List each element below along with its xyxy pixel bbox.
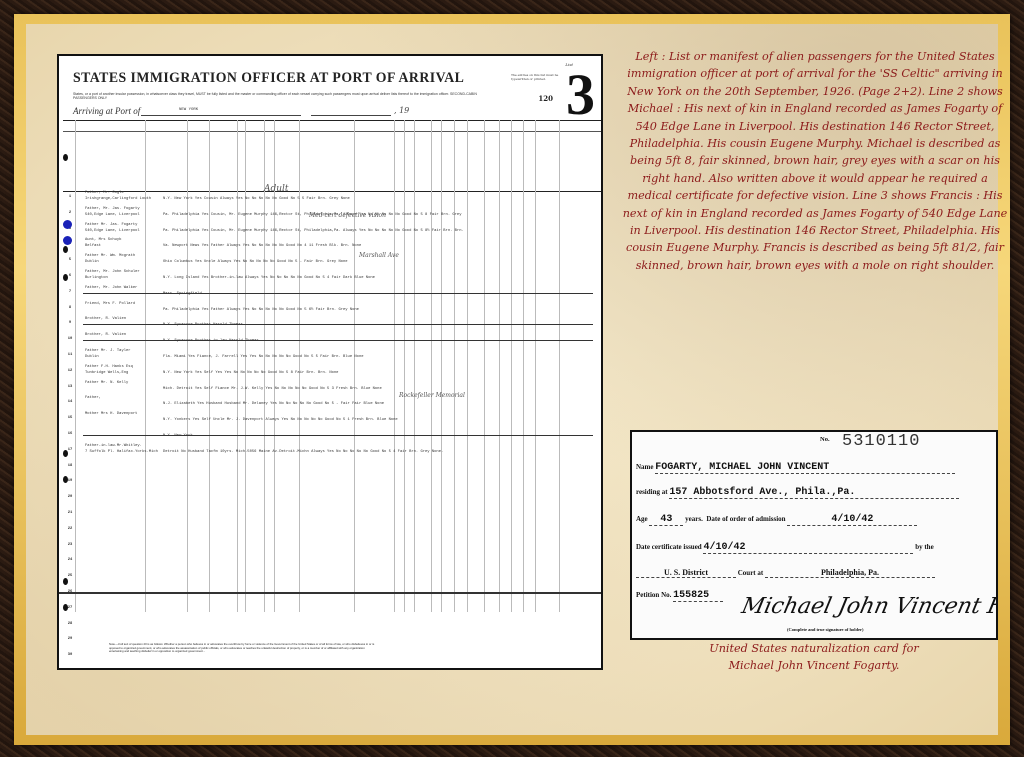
manifest-row: 15Mother Mrs H. DavenportN.Y. Yonkers Ye…: [63, 411, 597, 427]
card-no-value: 5310110: [842, 432, 920, 451]
blue-marker-dot-francis: [63, 236, 72, 245]
manifest-bottom-rule: [59, 592, 601, 594]
manifest-row: 14Father,N.J. Elizabeth Yes Husband Husb…: [63, 395, 597, 411]
card-issued-date: 4/10/42: [703, 542, 913, 554]
manifest-title: STATES IMMIGRATION OFFICER AT PORT OF AR…: [73, 70, 464, 87]
punch-hole: [63, 476, 68, 483]
passenger-manifest-image: STATES IMMIGRATION OFFICER AT PORT OF AR…: [57, 54, 603, 670]
card-name-value: FOGARTY, MICHAEL JOHN VINCENT: [655, 462, 955, 474]
manifest-row: 1Father, Mr. CogleIrishgrange,Carlingfor…: [63, 190, 597, 206]
page-number: 3: [566, 66, 595, 124]
card-age-field: Age 43 years. Date of order of admission…: [636, 514, 917, 526]
handwritten-annotation: Med cert defective vision: [309, 212, 386, 219]
handwritten-annotation: Marshall Ave: [359, 252, 399, 259]
card-caption: United States naturalization card for Mi…: [630, 640, 998, 674]
manifest-row: 6Father, Mr. John SchulerBurlingtonN.Y. …: [63, 269, 597, 285]
card-caption-line1: United States naturalization card for: [630, 640, 998, 657]
arriving-label: Arriving at Port of: [73, 106, 140, 116]
parchment-panel: STATES IMMIGRATION OFFICER AT PORT OF AR…: [26, 24, 998, 735]
punch-hole: [63, 246, 68, 253]
manifest-row: 13Father Mr. N. KellyMich. Detroit Yes S…: [63, 380, 597, 396]
card-court-field: U. S. District Court at Philadelphia, Pa…: [636, 568, 935, 578]
manifest-footnote: Note.—Full text of question 20 is as fol…: [109, 643, 379, 654]
punch-hole: [63, 154, 68, 161]
card-residence-value: 157 Abbotsford Ave., Phila.,Pa.: [669, 487, 959, 499]
card-court-location: Philadelphia, Pa.: [765, 568, 935, 578]
card-age-value: 43: [649, 514, 683, 526]
card-admission-date: 4/10/42: [787, 514, 917, 526]
manifest-row-empty: 20: [63, 490, 597, 506]
manifest-row-empty: 28: [63, 617, 597, 633]
manifest-row-empty: 22: [63, 522, 597, 538]
holder-signature: Michael John Vincent Fogarty: [739, 594, 998, 619]
manifest-row-empty: 18: [63, 459, 597, 475]
handwritten-annotation: Rockefeller Memorial: [399, 392, 465, 399]
manifest-row: 11Father Mr. J. TaylerDublinFla. Miami Y…: [63, 348, 597, 364]
handwritten-annotation: Adult: [264, 184, 289, 194]
manifest-row: 12Father F.H. Hanks EsqTunbridge Wells,E…: [63, 364, 597, 380]
manifest-row: 5Father Mr. Wm. McgrathDublinOhio Columb…: [63, 253, 597, 269]
manifest-row: 10Brother, R. ValienN.Y. Syracuse Brothe…: [63, 332, 597, 348]
manifest-row: 17Father-in-law.Mr.Whitley.7 Suffolk Pl.…: [63, 443, 597, 459]
list-note: The entries on this list must be typewri…: [511, 74, 571, 81]
punch-hole: [63, 604, 68, 611]
card-issued-field: Date certificate issued 4/10/42 by the: [636, 542, 934, 554]
card-court-value: U. S. District: [636, 568, 736, 578]
port-underline: [141, 115, 301, 116]
manifest-row-empty: 19: [63, 474, 597, 490]
gold-frame: STATES IMMIGRATION OFFICER AT PORT OF AR…: [14, 14, 1010, 745]
card-petition-value: 155825: [673, 590, 723, 602]
port-value: NEW YORK: [179, 108, 198, 112]
manifest-caption: Left : List or manifest of alien passeng…: [620, 48, 1010, 274]
naturalization-card-image: No. 5310110 Name FOGARTY, MICHAEL JOHN V…: [630, 430, 998, 640]
manifest-row-empty: 27: [63, 601, 597, 617]
date-underline: [311, 115, 391, 116]
card-residence-field: residing at 157 Abbotsford Ave., Phila.,…: [636, 487, 959, 499]
manifest-row: 7Father, Mr. John WalkerMass. Springfiel…: [63, 285, 597, 301]
punch-hole: [63, 450, 68, 457]
card-caption-line2: Michael John Vincent Fogarty.: [630, 657, 998, 674]
manifest-row-empty: 25: [63, 569, 597, 585]
signature-label: (Complete and true signature of holder): [787, 627, 864, 632]
manifest-subtitle: States, or a port of another insular pos…: [73, 92, 493, 100]
year-label: , 19: [394, 106, 409, 115]
manifest-row: 8Friend, Mrs F. PollardPa. Philadelphia …: [63, 301, 597, 317]
manifest-row: 4Aunt, Mrs SchuybBelfastVa. Newport News…: [63, 237, 597, 253]
punch-hole: [63, 274, 68, 281]
list-number: 120: [538, 94, 553, 103]
blue-marker-dot-michael: [63, 220, 72, 229]
manifest-row: 9Brother, R. ValienN.Y. Syracuse Brother…: [63, 316, 597, 332]
card-no-label: No.: [820, 436, 830, 443]
manifest-row-francis: 3Father Mr. Jas. Fogarty540,Edge Lane, L…: [63, 222, 597, 238]
manifest-row: 16N.Y. New York: [63, 427, 597, 443]
card-name-field: Name FOGARTY, MICHAEL JOHN VINCENT: [636, 462, 955, 474]
manifest-row-empty: 23: [63, 538, 597, 554]
card-petition-field: Petition No. 155825: [636, 590, 723, 602]
manifest-row-empty: 21: [63, 506, 597, 522]
punch-hole: [63, 578, 68, 585]
manifest-row-empty: 24: [63, 553, 597, 569]
